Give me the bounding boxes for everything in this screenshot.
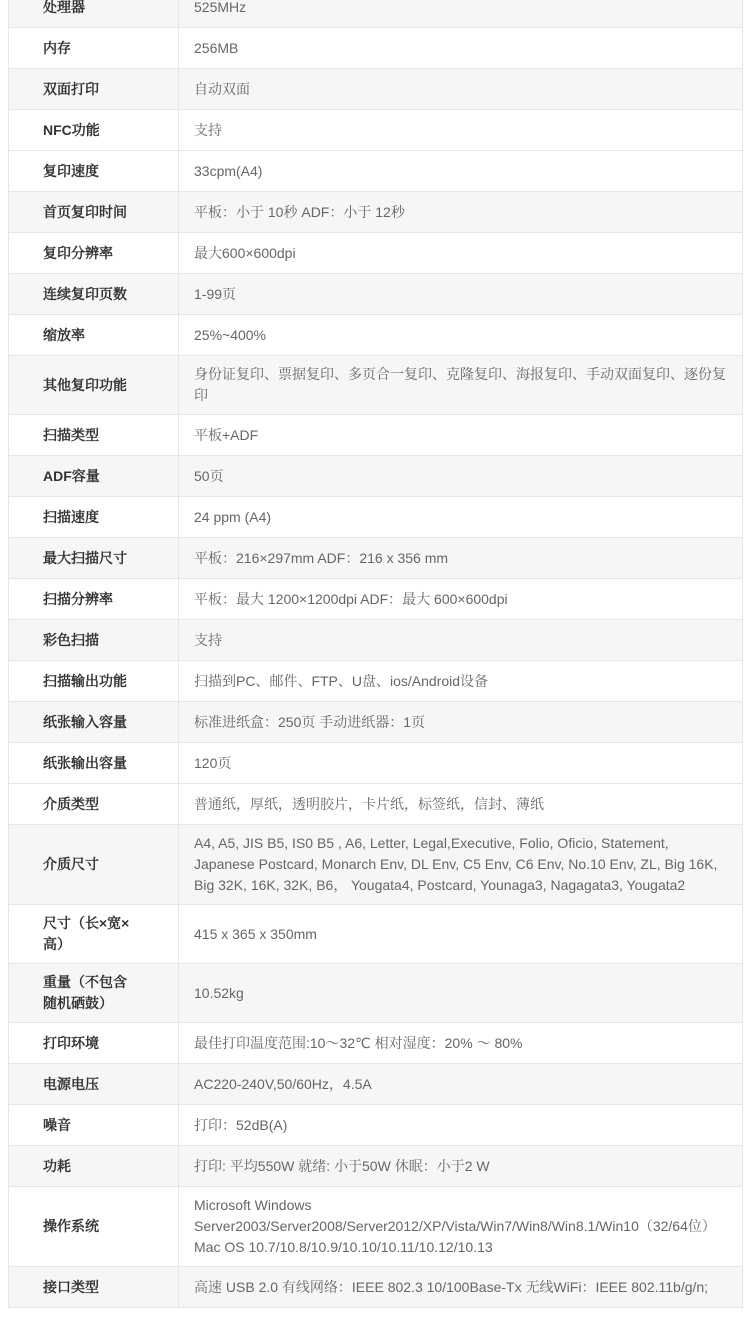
spec-label: 纸张输入容量 bbox=[9, 702, 179, 742]
spec-row: 复印分辨率最大600×600dpi bbox=[9, 233, 742, 274]
spec-label: 首页复印时间 bbox=[9, 192, 179, 232]
spec-value: 50页 bbox=[179, 456, 742, 496]
spec-row: NFC功能支持 bbox=[9, 110, 742, 151]
spec-label: 噪音 bbox=[9, 1105, 179, 1145]
spec-row: 连续复印页数1-99页 bbox=[9, 274, 742, 315]
spec-label: 扫描速度 bbox=[9, 497, 179, 537]
spec-row: 打印环境最佳打印温度范围:10～32℃ 相对湿度：20% ～ 80% bbox=[9, 1023, 742, 1064]
spec-label: ADF容量 bbox=[9, 456, 179, 496]
spec-value: 普通纸，厚纸，透明胶片，卡片纸，标签纸，信封、薄纸 bbox=[179, 784, 742, 824]
spec-label: 复印速度 bbox=[9, 151, 179, 191]
spec-row: 扫描输出功能扫描到PC、邮件、FTP、U盘、ios/Android设备 bbox=[9, 661, 742, 702]
spec-row: 扫描速度24 ppm (A4) bbox=[9, 497, 742, 538]
spec-label: 双面打印 bbox=[9, 69, 179, 109]
spec-value: 标准进纸盒：250页 手动进纸器：1页 bbox=[179, 702, 742, 742]
spec-value: 扫描到PC、邮件、FTP、U盘、ios/Android设备 bbox=[179, 661, 742, 701]
spec-row: 内存256MB bbox=[9, 28, 742, 69]
spec-value: 自动双面 bbox=[179, 69, 742, 109]
spec-row: 纸张输出容量120页 bbox=[9, 743, 742, 784]
spec-label: 最大扫描尺寸 bbox=[9, 538, 179, 578]
spec-value: A4, A5, JIS B5, IS0 B5 , A6, Letter, Leg… bbox=[179, 825, 742, 904]
spec-row: 介质类型普通纸，厚纸，透明胶片，卡片纸，标签纸，信封、薄纸 bbox=[9, 784, 742, 825]
spec-label: 其他复印功能 bbox=[9, 356, 179, 414]
spec-value: 25%~400% bbox=[179, 315, 742, 355]
spec-row: 介质尺寸A4, A5, JIS B5, IS0 B5 , A6, Letter,… bbox=[9, 825, 742, 905]
spec-label: 介质尺寸 bbox=[9, 825, 179, 904]
spec-value: 24 ppm (A4) bbox=[179, 497, 742, 537]
spec-value: 10.52kg bbox=[179, 964, 742, 1022]
spec-row: 缩放率25%~400% bbox=[9, 315, 742, 356]
spec-value: 打印: 平均550W 就绪: 小于50W 休眠：小于2 W bbox=[179, 1146, 742, 1186]
spec-row: 功耗打印: 平均550W 就绪: 小于50W 休眠：小于2 W bbox=[9, 1146, 742, 1187]
spec-label: 缩放率 bbox=[9, 315, 179, 355]
spec-label: 接口类型 bbox=[9, 1267, 179, 1307]
spec-row: 重量（不包含随机硒鼓）10.52kg bbox=[9, 964, 742, 1023]
spec-value: 1-99页 bbox=[179, 274, 742, 314]
spec-label: 尺寸（长×宽×高） bbox=[9, 905, 179, 963]
spec-row: 扫描分辨率平板：最大 1200×1200dpi ADF：最大 600×600dp… bbox=[9, 579, 742, 620]
spec-label: 内存 bbox=[9, 28, 179, 68]
spec-table: 处理器525MHz内存256MB双面打印自动双面NFC功能支持复印速度33cpm… bbox=[8, 0, 743, 1308]
spec-row: 尺寸（长×宽×高）415 x 365 x 350mm bbox=[9, 905, 742, 964]
spec-value: 打印：52dB(A) bbox=[179, 1105, 742, 1145]
spec-label: 复印分辨率 bbox=[9, 233, 179, 273]
spec-label: 介质类型 bbox=[9, 784, 179, 824]
spec-row: 纸张输入容量标准进纸盒：250页 手动进纸器：1页 bbox=[9, 702, 742, 743]
spec-label: 电源电压 bbox=[9, 1064, 179, 1104]
spec-row: 最大扫描尺寸平板：216×297mm ADF：216 x 356 mm bbox=[9, 538, 742, 579]
product-spec-page: 处理器525MHz内存256MB双面打印自动双面NFC功能支持复印速度33cpm… bbox=[0, 0, 750, 1343]
spec-value: 256MB bbox=[179, 28, 742, 68]
spec-label: 功耗 bbox=[9, 1146, 179, 1186]
spec-row: 彩色扫描支持 bbox=[9, 620, 742, 661]
spec-value: 平板+ADF bbox=[179, 415, 742, 455]
spec-label: NFC功能 bbox=[9, 110, 179, 150]
spec-value: 平板：216×297mm ADF：216 x 356 mm bbox=[179, 538, 742, 578]
spec-row: 其他复印功能身份证复印、票据复印、多页合一复印、克隆复印、海报复印、手动双面复印… bbox=[9, 356, 742, 415]
spec-label: 纸张输出容量 bbox=[9, 743, 179, 783]
spec-label: 连续复印页数 bbox=[9, 274, 179, 314]
spec-value: 支持 bbox=[179, 110, 742, 150]
spec-value: 33cpm(A4) bbox=[179, 151, 742, 191]
spec-row: 复印速度33cpm(A4) bbox=[9, 151, 742, 192]
spec-label: 扫描类型 bbox=[9, 415, 179, 455]
spec-value: 平板：小于 10秒 ADF：小于 12秒 bbox=[179, 192, 742, 232]
spec-row: 双面打印自动双面 bbox=[9, 69, 742, 110]
spec-value: 120页 bbox=[179, 743, 742, 783]
spec-row: ADF容量50页 bbox=[9, 456, 742, 497]
spec-label: 彩色扫描 bbox=[9, 620, 179, 660]
spec-value: 平板：最大 1200×1200dpi ADF：最大 600×600dpi bbox=[179, 579, 742, 619]
spec-row: 首页复印时间平板：小于 10秒 ADF：小于 12秒 bbox=[9, 192, 742, 233]
spec-label: 重量（不包含随机硒鼓） bbox=[9, 964, 179, 1022]
spec-label: 操作系统 bbox=[9, 1187, 179, 1266]
spec-table-clip: 处理器525MHz内存256MB双面打印自动双面NFC功能支持复印速度33cpm… bbox=[8, 0, 743, 1343]
spec-value: 高速 USB 2.0 有线网络：IEEE 802.3 10/100Base-Tx… bbox=[179, 1267, 742, 1307]
spec-value: 最佳打印温度范围:10～32℃ 相对湿度：20% ～ 80% bbox=[179, 1023, 742, 1063]
spec-label: 扫描输出功能 bbox=[9, 661, 179, 701]
spec-row: 操作系统Microsoft Windows Server2003/Server2… bbox=[9, 1187, 742, 1267]
spec-label: 打印环境 bbox=[9, 1023, 179, 1063]
spec-value: AC220-240V,50/60Hz，4.5A bbox=[179, 1064, 742, 1104]
spec-value: 最大600×600dpi bbox=[179, 233, 742, 273]
spec-value: 支持 bbox=[179, 620, 742, 660]
spec-label: 处理器 bbox=[9, 0, 179, 27]
spec-value: 415 x 365 x 350mm bbox=[179, 905, 742, 963]
spec-value: 身份证复印、票据复印、多页合一复印、克隆复印、海报复印、手动双面复印、逐份复印 bbox=[179, 356, 742, 414]
spec-row: 扫描类型平板+ADF bbox=[9, 415, 742, 456]
spec-row: 噪音打印：52dB(A) bbox=[9, 1105, 742, 1146]
spec-row: 处理器525MHz bbox=[9, 0, 742, 28]
spec-value: 525MHz bbox=[179, 0, 742, 27]
spec-row: 接口类型高速 USB 2.0 有线网络：IEEE 802.3 10/100Bas… bbox=[9, 1267, 742, 1308]
spec-row: 电源电压AC220-240V,50/60Hz，4.5A bbox=[9, 1064, 742, 1105]
spec-value: Microsoft Windows Server2003/Server2008/… bbox=[179, 1187, 742, 1266]
spec-label: 扫描分辨率 bbox=[9, 579, 179, 619]
